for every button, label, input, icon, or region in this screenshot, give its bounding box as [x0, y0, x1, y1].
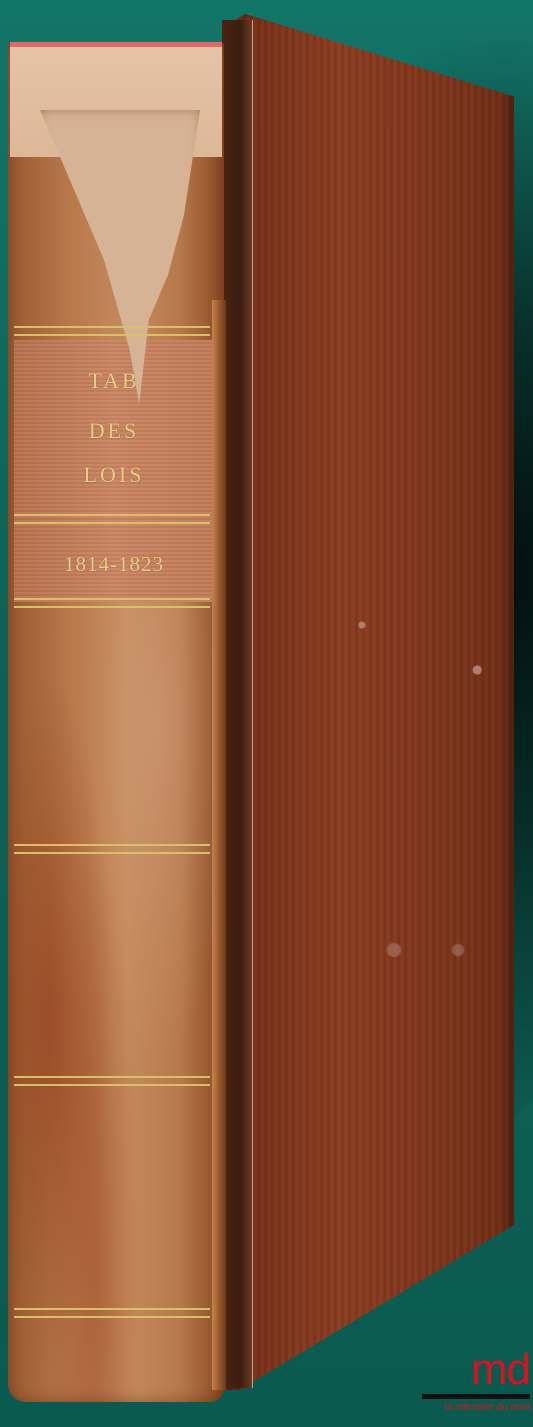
gilt-rule — [14, 514, 210, 524]
board-edge — [222, 20, 253, 1388]
gilt-rule — [14, 1076, 210, 1086]
spine-title-line-2: DES — [14, 418, 214, 444]
spine-years: 1814-1823 — [14, 552, 214, 577]
spine-joint — [212, 300, 226, 1390]
watermark-logo: md la mémoire du droit — [418, 1350, 530, 1422]
spine-title-line-3: LOIS — [14, 462, 214, 488]
spine-title-line-1: TAB — [14, 368, 214, 394]
logo-tagline: la mémoire du droit — [418, 1402, 530, 1413]
gilt-rule — [14, 1308, 210, 1318]
gilt-rule — [14, 844, 210, 854]
logo-bar — [422, 1394, 530, 1399]
board-wear-spots — [330, 600, 490, 1100]
gilt-rule — [14, 598, 210, 608]
gilt-rule — [14, 326, 210, 336]
logo-letters: md — [418, 1350, 530, 1390]
